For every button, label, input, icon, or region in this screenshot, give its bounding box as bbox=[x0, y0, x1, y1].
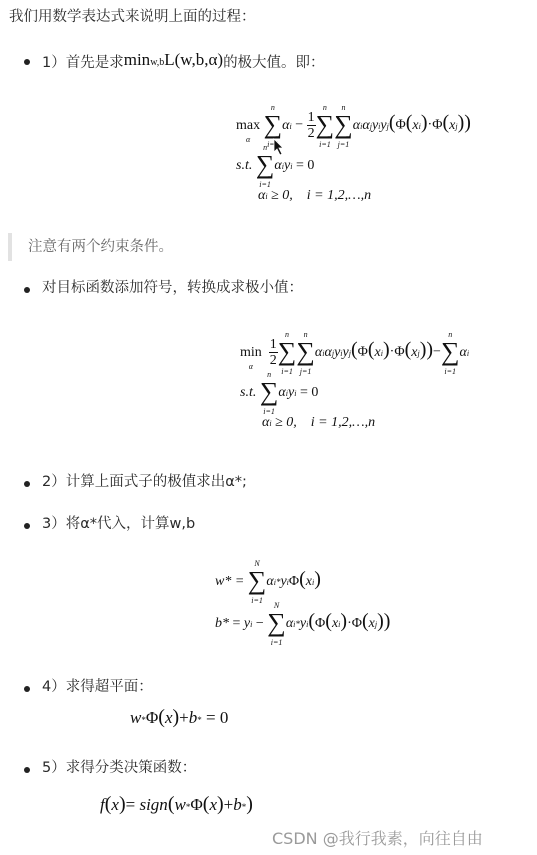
formula-dual-min: minα 12n∑i=1n∑j=1αiαjyiyj(Φ(xi)·Φ(xj))−n… bbox=[240, 325, 535, 437]
bullet bbox=[24, 481, 30, 487]
formula-w-b: w* = N∑i=1αi*yiΦ(xi) b* = yi − N∑i=1αi*y… bbox=[215, 560, 425, 645]
bullet bbox=[24, 686, 30, 692]
blockquote-bar bbox=[8, 233, 12, 261]
formula2-line3: αi ≥ 0, i = 1,2,…,n bbox=[262, 415, 375, 431]
formula1-line2: s.t. n∑i=1αiyi = 0 bbox=[236, 154, 314, 178]
half-fraction: 12 bbox=[269, 337, 278, 368]
step-min-text: 对目标函数添加符号，转换成求极小值： bbox=[42, 278, 303, 298]
formula1-line1: maxα n∑i=1αi − 12n∑i=1n∑j=1αiαjyiyj(Φ(xi… bbox=[236, 110, 471, 141]
formula3-line2: b* = yi − N∑i=1αi*yi(Φ(xi)·Φ(xj)) bbox=[215, 612, 390, 636]
mouse-cursor-icon bbox=[273, 138, 285, 156]
intro-text: 我们用数学表达式来说明上面的过程： bbox=[9, 7, 256, 27]
step3-text: 3）将α*代入，计算w,b bbox=[42, 514, 195, 534]
bullet bbox=[24, 523, 30, 529]
sum-icon: n∑i=1 bbox=[256, 154, 275, 178]
formula2-line1: minα 12n∑i=1n∑j=1αiαjyiyj(Φ(xi)·Φ(xj))−n… bbox=[240, 337, 469, 368]
sum-icon: n∑i=1 bbox=[260, 381, 279, 405]
lagrangian: L(w,b,α) bbox=[164, 50, 223, 69]
half-fraction: 12 bbox=[307, 110, 316, 141]
step1-item: 1）首先是求minw,bL(w,b,α)的极大值。即： bbox=[42, 50, 325, 73]
step5-text: 5）求得分类决策函数： bbox=[42, 758, 196, 778]
csdn-watermark: CSDN @我行我素，向往自由 bbox=[272, 826, 483, 849]
sum-icon: N∑i=1 bbox=[248, 570, 267, 594]
formula1-line3: αi ≥ 0, i = 1,2,…,n bbox=[258, 188, 371, 204]
sum-icon: N∑i=1 bbox=[267, 612, 286, 636]
bullet bbox=[24, 287, 30, 293]
bullet bbox=[24, 59, 30, 65]
step1-prefix: 1）首先是求 bbox=[42, 55, 124, 71]
sum-icon: n∑i=1 bbox=[278, 341, 297, 365]
min-op: minα bbox=[240, 345, 262, 361]
note-text: 注意有两个约束条件。 bbox=[28, 237, 173, 257]
sum-icon: n∑i=1 bbox=[264, 114, 283, 138]
sum-icon: n∑i=1 bbox=[316, 114, 335, 138]
formula3-line1: w* = N∑i=1αi*yiΦ(xi) bbox=[215, 570, 321, 594]
step4-text: 4）求得超平面： bbox=[42, 677, 153, 697]
sum-icon: n∑j=1 bbox=[334, 114, 353, 138]
max-op: maxα bbox=[236, 118, 260, 134]
step1-inline-math: minw,bL(w,b,α) bbox=[124, 50, 223, 69]
formula2-line2: s.t. n∑i=1αiyi = 0 bbox=[240, 381, 318, 405]
bullet bbox=[24, 767, 30, 773]
formula-hyperplane: w*Φ(x)+b* = 0 bbox=[130, 708, 228, 728]
min-op: min bbox=[124, 50, 150, 69]
step1-suffix: 的极大值。即： bbox=[223, 55, 325, 71]
formula-decision: f(x)= sign(w*Φ(x)+b*) bbox=[100, 795, 253, 815]
step2-text: 2）计算上面式子的极值求出α*; bbox=[42, 472, 247, 492]
sum-icon: n∑i=1 bbox=[441, 341, 460, 365]
min-sub: w,b bbox=[150, 57, 164, 68]
sum-icon: n∑j=1 bbox=[296, 341, 315, 365]
